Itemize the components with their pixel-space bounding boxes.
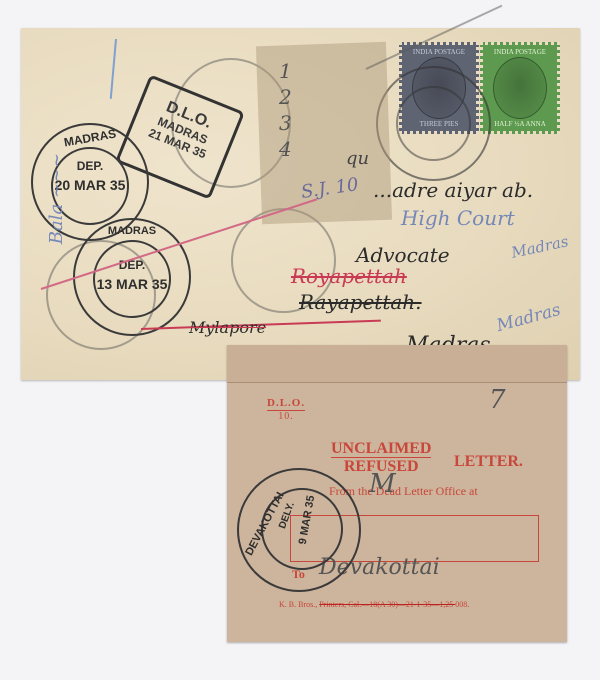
king-portrait-icon — [493, 57, 547, 119]
crossed-mylapore: Mylapore — [189, 318, 266, 337]
stamp-label: INDIA POSTAGE — [413, 48, 465, 56]
address-line-name: ...adre aiyar ab. — [373, 178, 533, 202]
pencil-note: qu — [346, 148, 369, 169]
stamp-label: INDIA POSTAGE — [494, 48, 546, 56]
stamp-half-anna: INDIA POSTAGE HALF ½A ANNA — [480, 42, 560, 134]
address-line-struck: Royapettah — [291, 264, 407, 288]
dlo-form-code: D.L.O. 10. — [267, 397, 305, 422]
madras-postmark-13-mar: MADRAS DEP. 13 MAR 35 — [73, 218, 191, 336]
corner-pencil-mark: 7 — [489, 385, 506, 415]
blue-scribble: Bala ~~~ — [46, 153, 67, 244]
redirect-madras: Madras — [510, 232, 570, 262]
address-line-locality: Rayapettah. — [299, 290, 422, 314]
redirect-madras-2: Madras — [495, 300, 563, 336]
form-flap — [227, 345, 567, 383]
postcard: INDIA POSTAGE THREE PIES INDIA POSTAGE H… — [21, 28, 580, 380]
stamp-value: HALF ½A ANNA — [494, 120, 546, 128]
form-heading-letter: LETTER. — [454, 453, 523, 471]
office-field-value: M — [369, 469, 396, 499]
devakottai-delivery-postmark: DEVAKOTTAI DELY. 9 MAR 35 — [237, 468, 361, 592]
dlo-unclaimed-letter-form: D.L.O. 10. 7 UNCLAIMED REFUSED LETTER. F… — [227, 345, 567, 642]
pencil-notes: 1 2 3 4 — [279, 58, 292, 162]
cancel-postmark-inner — [396, 86, 471, 161]
printer-imprint: K. B. Bros., Printers, Cal.—18(A 30)—21-… — [279, 600, 469, 609]
redirect-high-court: High Court — [401, 206, 515, 230]
blue-pen-stroke — [110, 39, 117, 99]
